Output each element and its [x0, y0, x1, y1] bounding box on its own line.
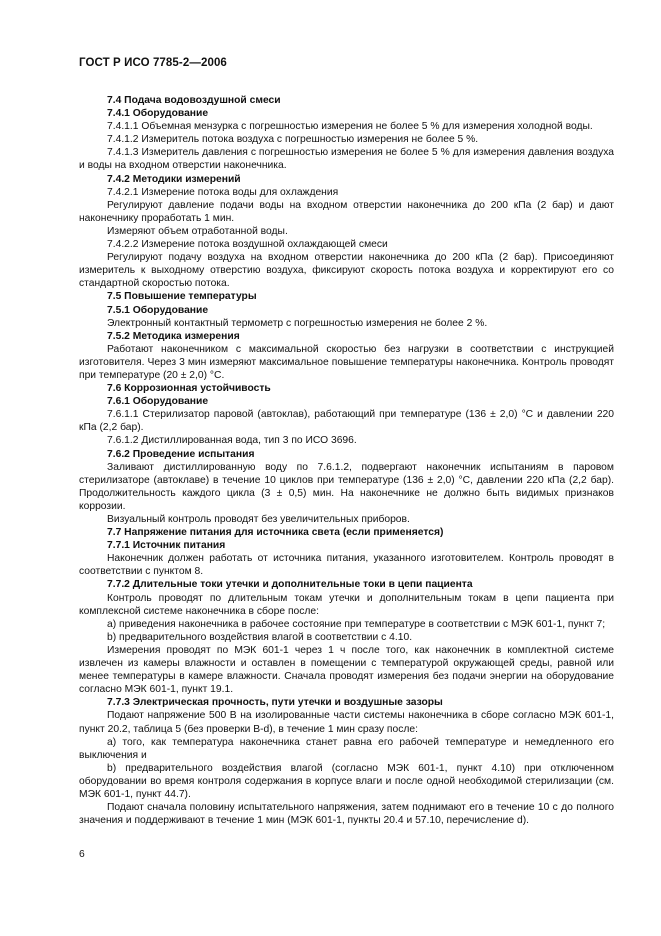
paragraph: 7.4.2.2 Измерение потока воздушной охлаж…: [79, 238, 614, 251]
section-heading: 7.4.1 Оборудование: [79, 107, 614, 120]
paragraph: 7.6.1.1 Стерилизатор паровой (автоклав),…: [79, 408, 614, 434]
paragraph: Наконечник должен работать от источника …: [79, 552, 614, 578]
section-heading: 7.7.1 Источник питания: [79, 539, 614, 552]
section-heading: 7.6.2 Проведение испытания: [79, 448, 614, 461]
paragraph: Подают напряжение 500 В на изолированные…: [79, 709, 614, 735]
paragraph: Визуальный контроль проводят без увеличи…: [79, 513, 614, 526]
section-heading: 7.7.3 Электрическая прочность, пути утеч…: [79, 696, 614, 709]
paragraph: 7.4.2.1 Измерение потока воды для охлажд…: [79, 186, 614, 199]
paragraph: Контроль проводят по длительным токам ут…: [79, 592, 614, 618]
paragraph: 7.6.1.2 Дистиллированная вода, тип 3 по …: [79, 434, 614, 447]
paragraph: a) приведения наконечника в рабочее сост…: [79, 618, 614, 631]
paragraph: Измеряют объем отработанной воды.: [79, 225, 614, 238]
section-heading: 7.7 Напряжение питания для источника све…: [79, 526, 614, 539]
paragraph: Регулируют давление подачи воды на входн…: [79, 199, 614, 225]
section-heading: 7.7.2 Длительные токи утечки и дополните…: [79, 578, 614, 591]
paragraph: Работают наконечником с максимальной ско…: [79, 343, 614, 382]
page-number: 6: [79, 849, 85, 860]
paragraph: 7.4.1.2 Измеритель потока воздуха с погр…: [79, 133, 614, 146]
section-heading: 7.6.1 Оборудование: [79, 395, 614, 408]
document-code-header: ГОСТ Р ИСО 7785-2—2006: [79, 57, 227, 69]
paragraph: b) предварительного воздействия влагой в…: [79, 631, 614, 644]
paragraph: 7.4.1.3 Измеритель давления с погрешност…: [79, 146, 614, 172]
section-heading: 7.6 Коррозионная устойчивость: [79, 382, 614, 395]
paragraph: Подают сначала половину испытательного н…: [79, 801, 614, 827]
paragraph: b) предварительного воздействия влагой (…: [79, 762, 614, 801]
document-body: 7.4 Подача водовоздушной смеси7.4.1 Обор…: [79, 94, 614, 827]
paragraph: a) того, как температура наконечника ста…: [79, 736, 614, 762]
section-heading: 7.5.1 Оборудование: [79, 304, 614, 317]
section-heading: 7.5.2 Методика измерения: [79, 330, 614, 343]
paragraph: Регулируют подачу воздуха на входном отв…: [79, 251, 614, 290]
section-heading: 7.5 Повышение температуры: [79, 290, 614, 303]
paragraph: Электронный контактный термометр с погре…: [79, 317, 614, 330]
section-heading: 7.4.2 Методики измерений: [79, 173, 614, 186]
section-heading: 7.4 Подача водовоздушной смеси: [79, 94, 614, 107]
paragraph: 7.4.1.1 Объемная мензурка с погрешностью…: [79, 120, 614, 133]
paragraph: Заливают дистиллированную воду по 7.6.1.…: [79, 461, 614, 513]
paragraph: Измерения проводят по МЭК 601-1 через 1 …: [79, 644, 614, 696]
